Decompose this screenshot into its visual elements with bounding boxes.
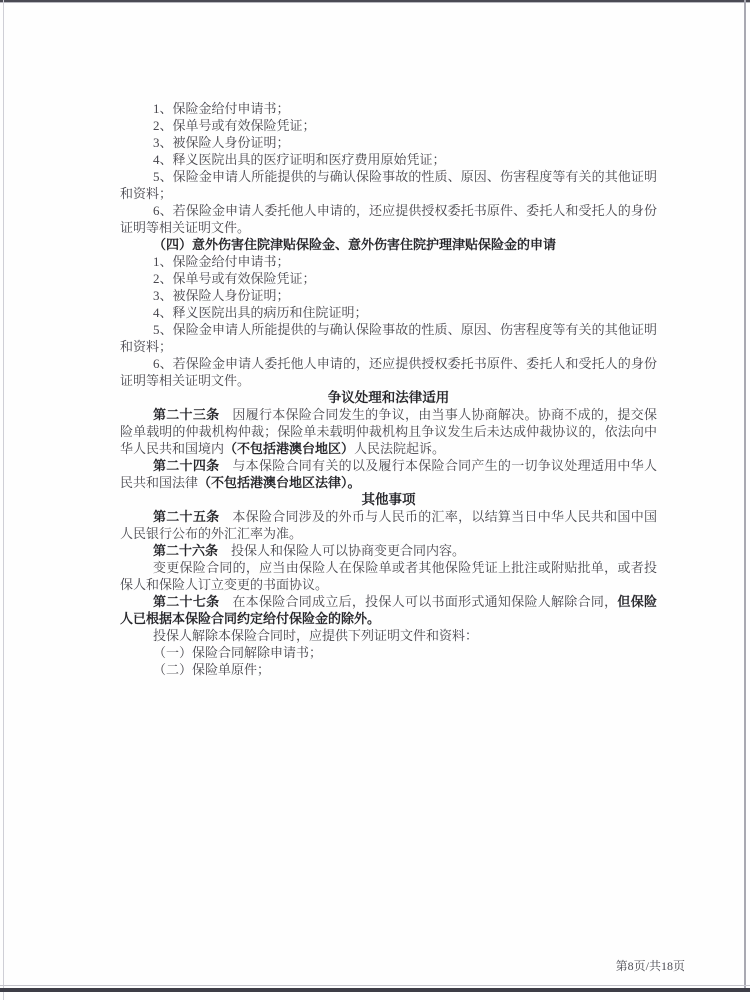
- clause-23-term: 第二十三条: [153, 407, 219, 422]
- scan-edge-top-shadow: [0, 2, 750, 3]
- page-footer: 第8页/共18页: [0, 957, 685, 974]
- page-number: 第8页/共18页: [616, 959, 685, 973]
- list-item-6: 6、若保险金申请人委托他人申请的，还应提供授权委托书原件、委托人和受托人的身份证…: [120, 202, 657, 236]
- section-4-item-3: 3、被保险人身份证明；: [120, 287, 657, 304]
- disputes-section-heading: 争议处理和法律适用: [120, 389, 657, 406]
- clause-25: 第二十五条本保险合同涉及的外币与人民币的汇率，以结算当日中华人民共和国中国人民银…: [120, 508, 657, 542]
- clause-24: 第二十四条与本保险合同有关的以及履行本保险合同产生的一切争议处理适用中华人民共和…: [120, 457, 657, 491]
- scan-edge-right: [744, 0, 746, 988]
- clause-26: 第二十六条投保人和保险人可以协商变更合同内容。: [120, 542, 657, 559]
- document-page: 1、保险金给付申请书； 2、保单号或有效保险凭证； 3、被保险人身份证明； 4、…: [0, 0, 750, 1000]
- clause-24-bold: （不包括港澳台地区法律）。: [198, 475, 361, 490]
- clause-23: 第二十三条因履行本保险合同发生的争议，由当事人协商解决。协商不成的，提交保险单载…: [120, 406, 657, 457]
- cancel-paragraph: 投保人解除本保险合同时，应提供下列证明文件和资料：: [120, 627, 657, 644]
- section-4-heading: （四）意外伤害住院津贴保险金、意外伤害住院护理津贴保险金的申请: [120, 236, 657, 253]
- section-4-item-5: 5、保险金申请人所能提供的与确认保险事故的性质、原因、伤害程度等有关的其他证明和…: [120, 321, 657, 355]
- clause-23-bold: （不包括港澳台地区）: [224, 441, 354, 456]
- list-item-4: 4、释义医院出具的医疗证明和医疗费用原始凭证；: [120, 151, 657, 168]
- other-section-heading: 其他事项: [120, 491, 657, 508]
- clause-25-term: 第二十五条: [153, 509, 219, 524]
- scan-edge-left: [3, 0, 4, 1000]
- document-content: 1、保险金给付申请书； 2、保单号或有效保险凭证； 3、被保险人身份证明； 4、…: [120, 100, 657, 678]
- list-item-1: 1、保险金给付申请书；: [120, 100, 657, 117]
- clause-26-text: 投保人和保险人可以协商变更合同内容。: [231, 543, 465, 558]
- clause-27-term: 第二十七条: [153, 594, 219, 609]
- clause-24-term: 第二十四条: [153, 458, 219, 473]
- clause-26-term: 第二十六条: [153, 543, 218, 558]
- list-item-2: 2、保单号或有效保险凭证；: [120, 117, 657, 134]
- section-4-item-4: 4、释义医院出具的病历和住院证明；: [120, 304, 657, 321]
- amend-paragraph: 变更保险合同的，应当由保险人在保险单或者其他保险凭证上批注或附贴批单，或者投保人…: [120, 559, 657, 593]
- section-4-item-6: 6、若保险金申请人委托他人申请的，还应提供授权委托书原件、委托人和受托人的身份证…: [120, 355, 657, 389]
- list-item-5: 5、保险金申请人所能提供的与确认保险事故的性质、原因、伤害程度等有关的其他证明和…: [120, 168, 657, 202]
- section-4-item-1: 1、保险金给付申请书；: [120, 253, 657, 270]
- clause-27-text: 在本保险合同成立后，投保人可以书面形式通知保险人解除合同，: [232, 594, 617, 609]
- scan-edge-bottom: [0, 988, 750, 992]
- clause-23-text-2: 人民法院起诉。: [354, 441, 445, 456]
- cancel-item-1: （一）保险合同解除申请书；: [120, 644, 657, 661]
- section-4-item-2: 2、保单号或有效保险凭证；: [120, 270, 657, 287]
- list-item-3: 3、被保险人身份证明；: [120, 134, 657, 151]
- clause-27: 第二十七条在本保险合同成立后，投保人可以书面形式通知保险人解除合同，但保险人已根…: [120, 593, 657, 627]
- cancel-item-2: （二）保险单原件；: [120, 661, 657, 678]
- scan-edge-bottom-shadow: [0, 985, 750, 986]
